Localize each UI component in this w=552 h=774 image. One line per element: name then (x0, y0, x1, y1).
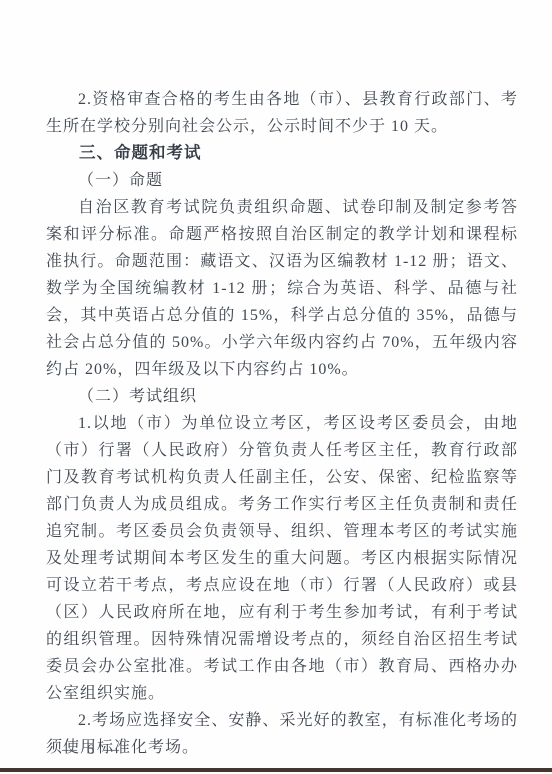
subsection-heading-proposition: （一）命题 (46, 167, 518, 194)
page-number: — 6 — (62, 739, 122, 761)
paragraph-exam-district-setup: 1.以地（市）为单位设立考区，考区设考区委员会，由地（市）行署（人民政府）分管负… (46, 410, 518, 707)
document-body: 2.资格审查合格的考生由各地（市）、县教育行政部门、考生所在学校分别向社会公示，… (46, 86, 518, 761)
document-page: 2.资格审查合格的考生由各地（市）、县教育行政部门、考生所在学校分别向社会公示，… (0, 0, 552, 774)
paragraph-public-notice: 2.资格审查合格的考生由各地（市）、县教育行政部门、考生所在学校分别向社会公示，… (46, 86, 518, 140)
section-heading-proposition-and-exam: 三、命题和考试 (46, 140, 518, 167)
scan-edge-line (0, 768, 552, 772)
subsection-heading-exam-organization: （二）考试组织 (46, 383, 518, 410)
paragraph-proposition-scope: 自治区教育考试院负责组织命题、试卷印制及制定参考答案和评分标准。命题严格按照自治… (46, 194, 518, 383)
